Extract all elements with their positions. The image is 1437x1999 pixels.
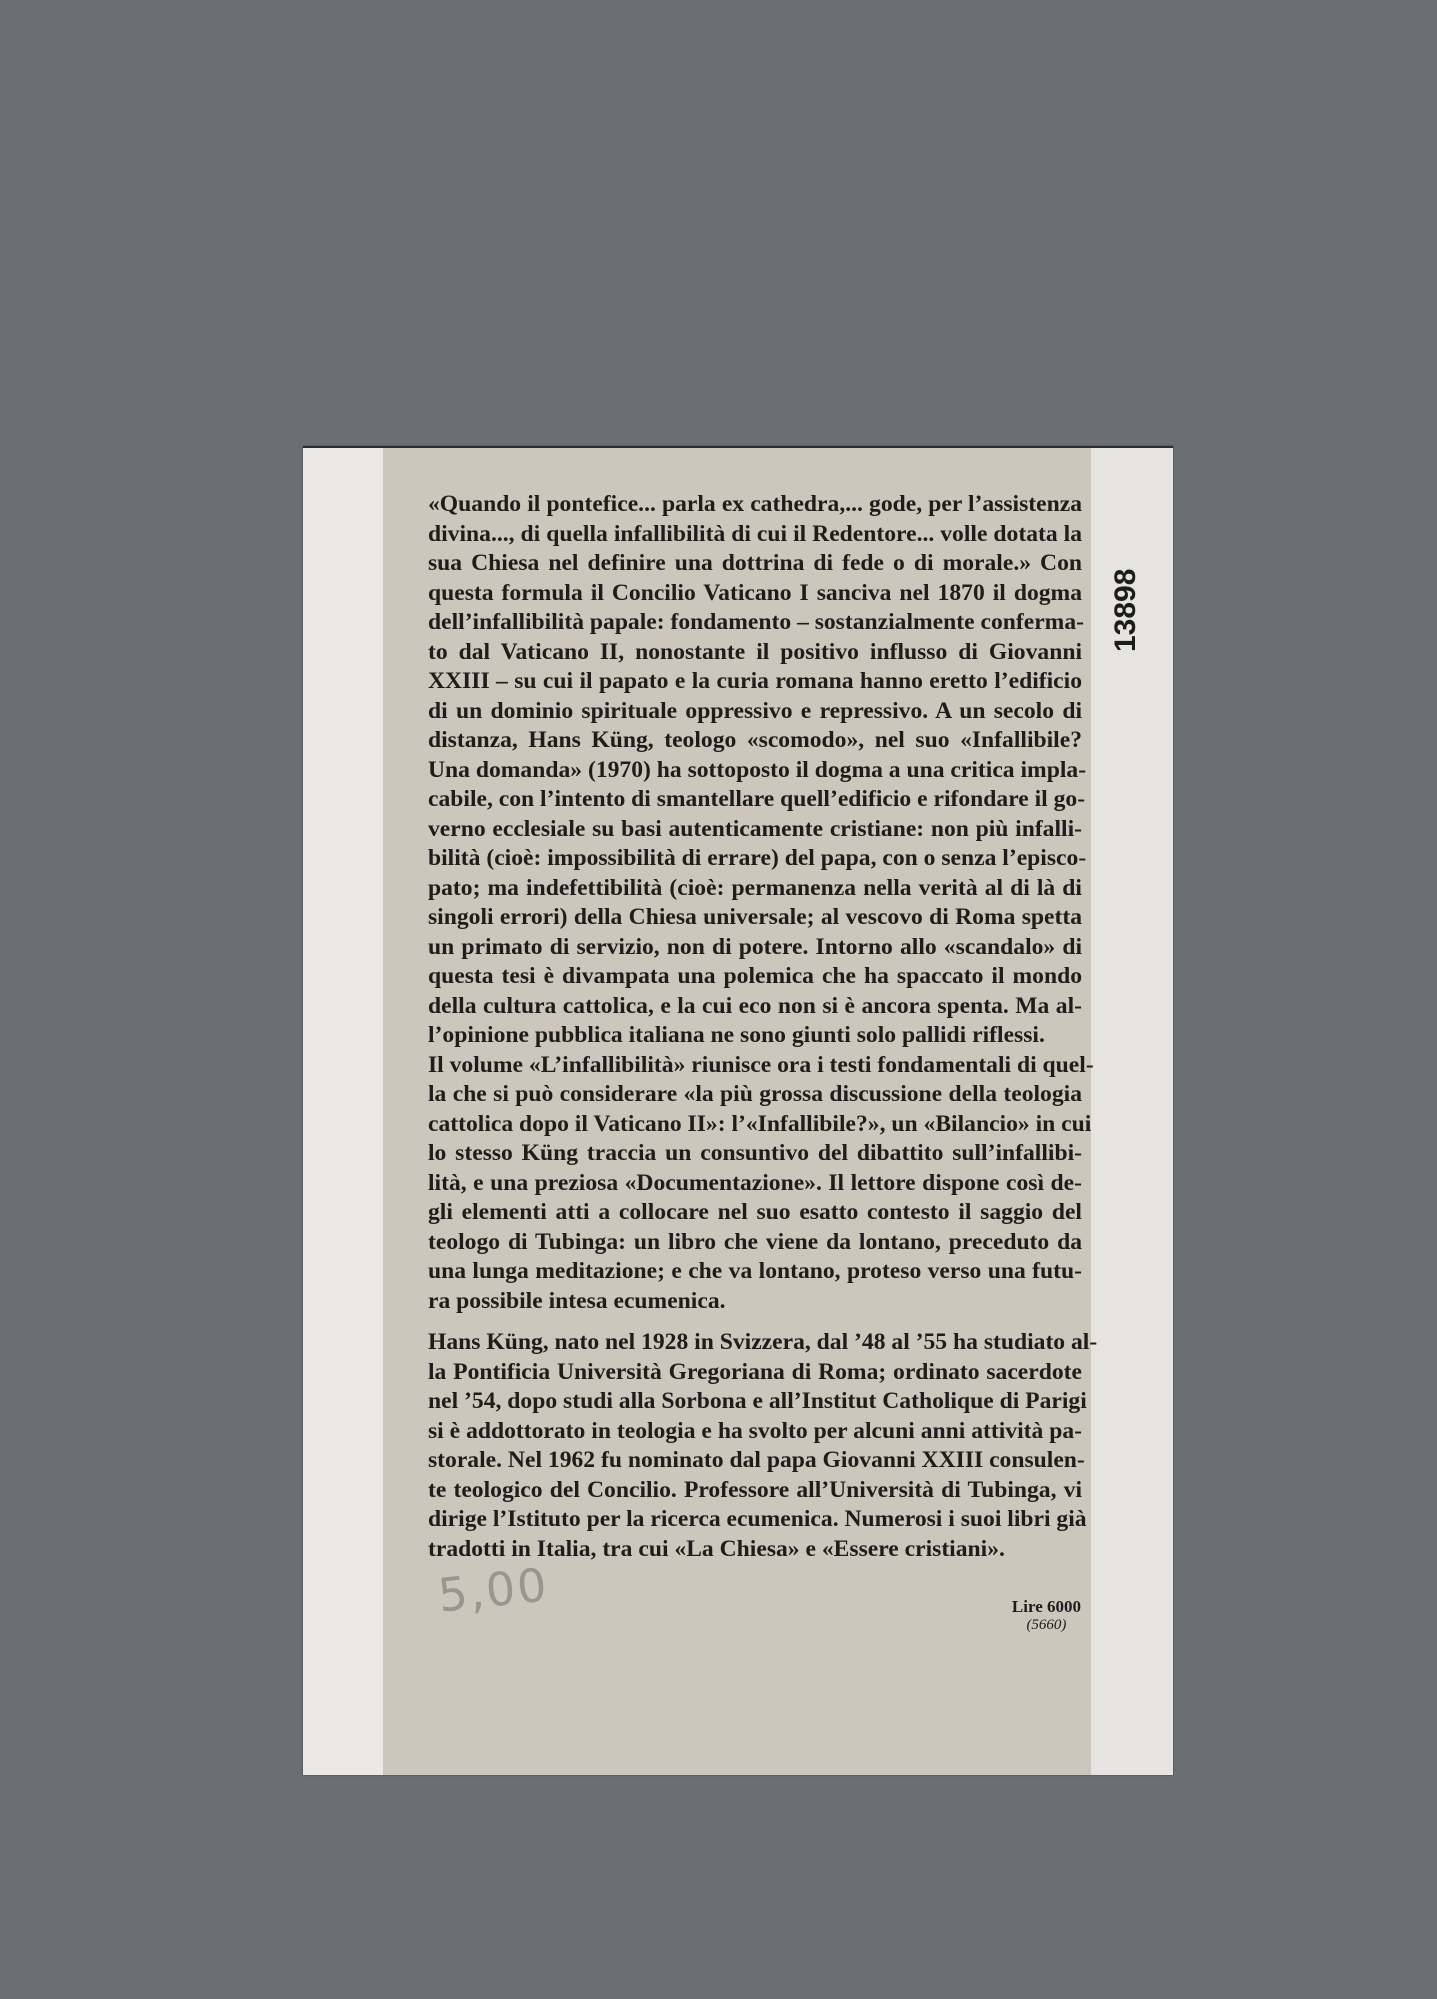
blurb-line: questa tesi è divampata una polemica che… — [428, 962, 1082, 992]
blurb-line: lità, e una preziosa «Documentazione». I… — [428, 1169, 1082, 1199]
blurb-line: l’opinione pubblica italiana ne sono giu… — [428, 1021, 1082, 1051]
blurb-line: Il volume «L’infallibilità» riunisce ora… — [428, 1051, 1082, 1081]
blurb-line: distanza, Hans Küng, teologo «scomodo», … — [428, 726, 1082, 756]
bio-line: te teologico del Concilio. Professore al… — [428, 1476, 1082, 1506]
blurb-line: dell’infallibilità papale: fondamento – … — [428, 608, 1082, 638]
blurb-line: cattolica dopo il Vaticano II»: l’«Infal… — [428, 1110, 1082, 1140]
blurb-line: ra possibile intesa ecumenica. — [428, 1287, 1082, 1317]
bio-line: si è addottorato in teologia e ha svolto… — [428, 1417, 1082, 1447]
price-label: Lire 6000 — [1012, 1597, 1081, 1617]
blurb-line: «Quando il pontefice... parla ex cathedr… — [428, 490, 1082, 520]
catalog-number: 13898 — [1109, 569, 1143, 652]
left-light-strip — [303, 448, 383, 1775]
blurb-line: verno ecclesiale su basi autenticamente … — [428, 815, 1082, 845]
blurb-line: questa formula il Concilio Vaticano I sa… — [428, 579, 1082, 609]
catalog-number-container: 13898 — [1109, 552, 1149, 652]
bio-line: la Pontificia Università Gregoriana di R… — [428, 1358, 1082, 1388]
bio-line: nel ’54, dopo studi alla Sorbona e all’I… — [428, 1387, 1082, 1417]
blurb-line: gli elementi atti a collocare nel suo es… — [428, 1198, 1082, 1228]
blurb-line: singoli errori) della Chiesa universale;… — [428, 903, 1082, 933]
blurb-line: di un dominio spirituale oppressivo e re… — [428, 697, 1082, 727]
bio-line: Hans Küng, nato nel 1928 in Svizzera, da… — [428, 1328, 1082, 1358]
price-code: (5660) — [1012, 1617, 1081, 1634]
blurb-line: lo stesso Küng traccia un consuntivo del… — [428, 1139, 1082, 1169]
blurb-line: una lunga meditazione; e che va lontano,… — [428, 1257, 1082, 1287]
blurb-line: la che si può considerare «la più grossa… — [428, 1080, 1082, 1110]
bio-line: storale. Nel 1962 fu nominato dal papa G… — [428, 1446, 1082, 1476]
blurb-line: XXIII – su cui il papato e la curia roma… — [428, 667, 1082, 697]
blurb-line: Una domanda» (1970) ha sottoposto il dog… — [428, 756, 1082, 786]
handwritten-price-note: 5,00 — [435, 1557, 550, 1622]
author-bio-paragraph: Hans Küng, nato nel 1928 in Svizzera, da… — [428, 1328, 1082, 1564]
blurb-line: un primato di servizio, non di potere. I… — [428, 933, 1082, 963]
blurb-line: bilità (cioè: impossibilità di errare) d… — [428, 844, 1082, 874]
blurb-line: teologo di Tubinga: un libro che viene d… — [428, 1228, 1082, 1258]
book-back-cover: 13898 «Quando il pontefice... parla ex c… — [303, 446, 1173, 1775]
bio-line: dirige l’Istituto per la ricerca ecumeni… — [428, 1505, 1082, 1535]
blurb-line: pato; ma indefettibilità (cioè: permanen… — [428, 874, 1082, 904]
blurb-line: cabile, con l’intento di smantellare que… — [428, 785, 1082, 815]
blurb-line: divina..., di quella infallibilità di cu… — [428, 520, 1082, 550]
blurb-line: della cultura cattolica, e la cui eco no… — [428, 992, 1082, 1022]
blurb-line: to dal Vaticano II, nonostante il positi… — [428, 638, 1082, 668]
blurb-paragraph: «Quando il pontefice... parla ex cathedr… — [428, 490, 1082, 1316]
blurb-line: sua Chiesa nel definire una dottrina di … — [428, 549, 1082, 579]
price-block: Lire 6000 (5660) — [1012, 1597, 1081, 1634]
